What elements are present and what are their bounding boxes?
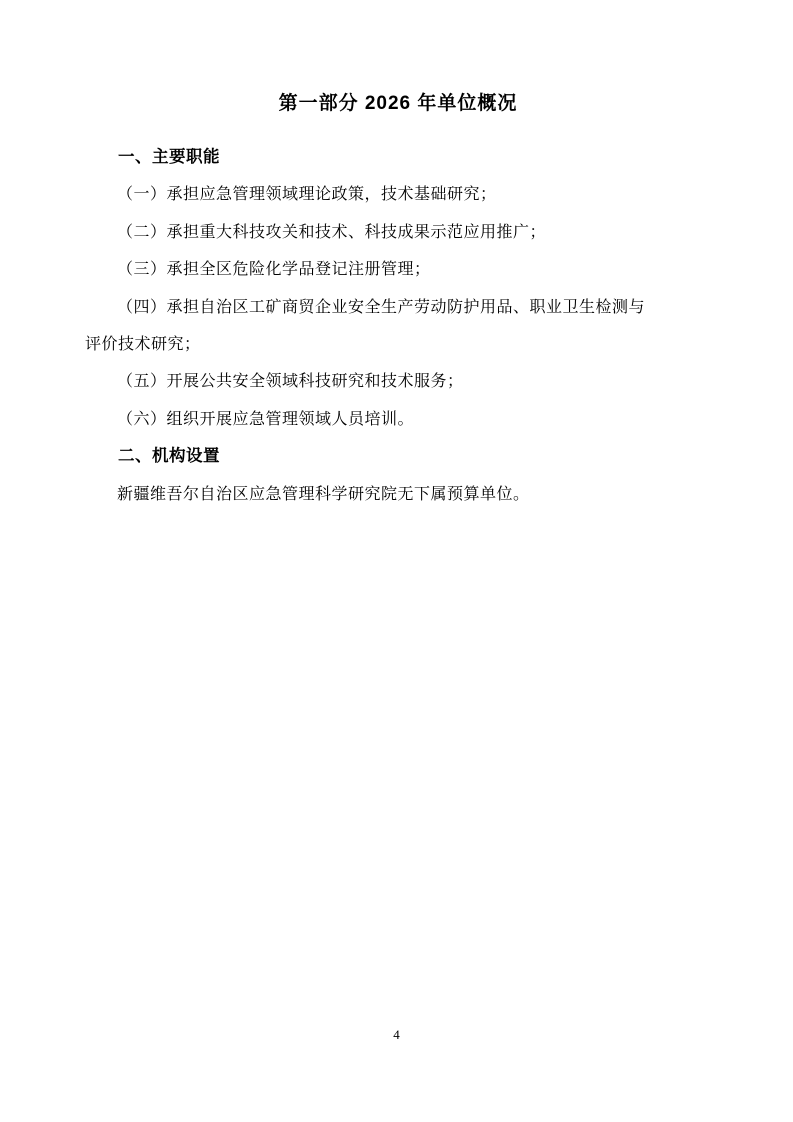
document-body: 第一部分 2026 年单位概况 一、主要职能 （一）承担应急管理领域理论政策，技… xyxy=(85,0,711,513)
section-heading-main-functions: 一、主要职能 xyxy=(85,139,711,176)
paragraph-continuation: 评价技术研究； xyxy=(85,326,711,363)
paragraph: （一）承担应急管理领域理论政策，技术基础研究； xyxy=(85,176,711,213)
paragraph: 新疆维吾尔自治区应急管理科学研究院无下属预算单位。 xyxy=(85,476,711,513)
paragraph: （四）承担自治区工矿商贸企业安全生产劳动防护用品、职业卫生检测与 xyxy=(85,289,711,326)
paragraph: （六）组织开展应急管理领域人员培训。 xyxy=(85,401,711,438)
paragraph: （二）承担重大科技攻关和技术、科技成果示范应用推广； xyxy=(85,214,711,251)
section-heading-organization-setup: 二、机构设置 xyxy=(85,438,711,475)
paragraph: （五）开展公共安全领域科技研究和技术服务； xyxy=(85,363,711,400)
page-number: 4 xyxy=(0,1027,793,1043)
page-title: 第一部分 2026 年单位概况 xyxy=(85,91,711,117)
paragraph: （三）承担全区危险化学品登记注册管理； xyxy=(85,251,711,288)
document-page: 第一部分 2026 年单位概况 一、主要职能 （一）承担应急管理领域理论政策，技… xyxy=(0,0,793,1122)
